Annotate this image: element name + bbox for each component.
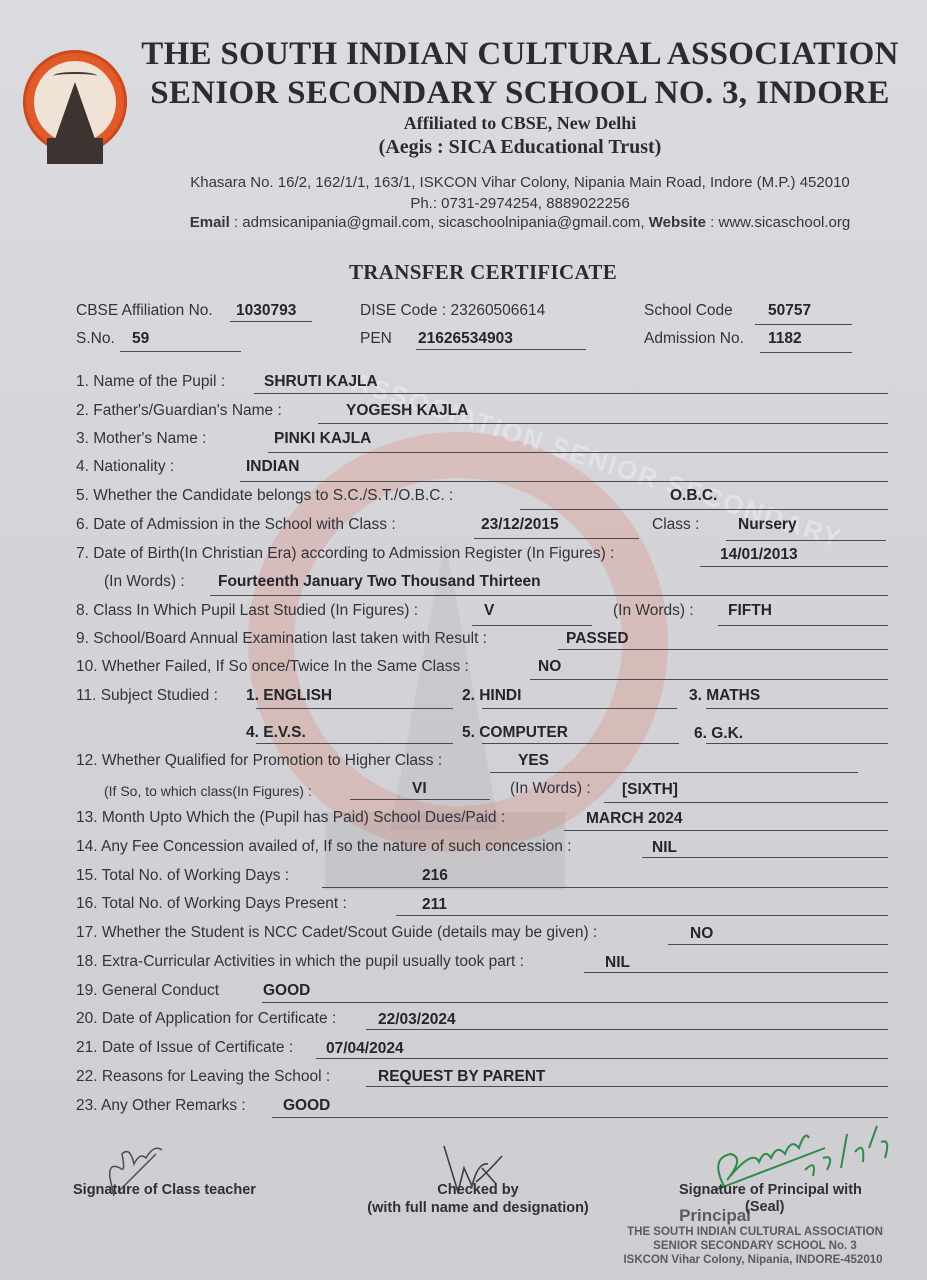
dues-value: MARCH 2024 — [586, 810, 682, 828]
underline — [210, 595, 888, 596]
website-value: : www.sicaschool.org — [706, 214, 850, 231]
underline — [564, 830, 888, 831]
underline — [760, 352, 852, 353]
email-value: : admsicanipania@gmail.com, sicaschoolni… — [230, 214, 649, 231]
mother-name-label: 3. Mother's Name : — [76, 430, 206, 448]
promotion-words-value: [SIXTH] — [622, 781, 678, 799]
mother-name-value: PINKI KAJLA — [274, 430, 371, 448]
underline — [316, 1058, 888, 1059]
sno-label: S.No. — [76, 330, 115, 348]
underline — [482, 743, 679, 744]
subject-4: 4. E.V.S. — [246, 724, 306, 742]
days-present-value: 211 — [422, 896, 447, 914]
class-teacher-signature-label: Signature of Class teacher — [73, 1182, 256, 1198]
underline — [584, 972, 888, 973]
leaving-reason-label: 22. Reasons for Leaving the School : — [76, 1068, 330, 1086]
extracurricular-label: 18. Extra-Curricular Activities in which… — [76, 953, 524, 971]
subjects-label: 11. Subject Studied : — [76, 687, 218, 705]
pupil-name-value: SHRUTI KAJLA — [264, 373, 378, 391]
underline — [322, 887, 888, 888]
pen-value: 21626534903 — [418, 330, 513, 348]
underline — [268, 452, 888, 453]
admission-class-label: Class : — [652, 516, 699, 534]
underline — [474, 538, 639, 539]
seal-label: (Seal) — [745, 1199, 785, 1215]
stamp-line3: ISKCON Vihar Colony, Nipania, INDORE-452… — [598, 1254, 908, 1266]
application-date-label: 20. Date of Application for Certificate … — [76, 1010, 336, 1028]
category-value: O.B.C. — [670, 487, 717, 505]
leaving-reason-value: REQUEST BY PARENT — [378, 1068, 545, 1086]
father-name-label: 2. Father's/Guardian's Name : — [76, 402, 282, 420]
working-days-value: 216 — [422, 867, 448, 885]
address: Khasara No. 16/2, 162/1/1, 163/1, ISKCON… — [120, 174, 920, 191]
exam-result-value: PASSED — [566, 630, 629, 648]
underline — [416, 349, 586, 350]
subject-2: 2. HINDI — [462, 687, 521, 705]
school-crest-temple-icon — [23, 50, 127, 154]
dob-words-value: Fourteenth January Two Thousand Thirteen — [218, 573, 541, 591]
promotion-words-label: (In Words) : — [510, 780, 591, 798]
promotion-class-value: VI — [412, 780, 427, 798]
contact-line: Email : admsicanipania@gmail.com, sicasc… — [120, 214, 920, 231]
underline — [700, 566, 888, 567]
underline — [668, 944, 888, 945]
subject-1: 1. ENGLISH — [246, 687, 332, 705]
promotion-label: 12. Whether Qualified for Promotion to H… — [76, 752, 442, 770]
underline — [482, 708, 677, 709]
underline — [604, 802, 888, 803]
underline — [120, 351, 241, 352]
sno-value: 59 — [132, 330, 149, 348]
underline — [254, 393, 888, 394]
concession-value: NIL — [652, 839, 677, 857]
ncc-value: NO — [690, 925, 713, 943]
cbse-affiliation-value: 1030793 — [236, 302, 296, 320]
last-class-value: V — [484, 602, 494, 620]
father-name-value: YOGESH KAJLA — [346, 402, 468, 420]
conduct-label: 19. General Conduct — [76, 982, 219, 1000]
subject-5: 5. COMPUTER — [462, 724, 568, 742]
underline — [706, 743, 888, 744]
school-code-label: School Code — [644, 302, 733, 320]
dob-words-label: (In Words) : — [104, 573, 185, 591]
remarks-value: GOOD — [283, 1097, 330, 1115]
nationality-value: INDIAN — [246, 458, 299, 476]
subject-3: 3. MATHS — [689, 687, 760, 705]
underline — [230, 321, 312, 322]
document-title: TRANSFER CERTIFICATE — [0, 260, 927, 285]
last-class-label: 8. Class In Which Pupil Last Studied (In… — [76, 602, 418, 620]
dues-label: 13. Month Upto Which the (Pupil has Paid… — [76, 809, 505, 827]
dob-value: 14/01/2013 — [720, 546, 798, 564]
stamp-line1: THE SOUTH INDIAN CULTURAL ASSOCIATION — [600, 1226, 910, 1238]
subject-6: 6. G.K. — [694, 725, 743, 743]
underline — [706, 708, 888, 709]
dise-code: DISE Code : 23260506614 — [360, 302, 545, 320]
remarks-label: 23. Any Other Remarks : — [76, 1097, 246, 1115]
admission-date-value: 23/12/2015 — [481, 516, 559, 534]
underline — [350, 799, 490, 800]
category-label: 5. Whether the Candidate belongs to S.C.… — [76, 487, 453, 505]
extracurricular-value: NIL — [605, 954, 630, 972]
nationality-label: 4. Nationality : — [76, 458, 174, 476]
failed-label: 10. Whether Failed, If So once/Twice In … — [76, 658, 469, 676]
last-class-words-value: FIFTH — [728, 602, 772, 620]
underline — [530, 679, 888, 680]
working-days-label: 15. Total No. of Working Days : — [76, 867, 289, 885]
pupil-name-label: 1. Name of the Pupil : — [76, 373, 225, 391]
aegis: (Aegis : SICA Educational Trust) — [140, 136, 900, 159]
underline — [240, 481, 888, 482]
admission-date-label: 6. Date of Admission in the School with … — [76, 516, 396, 534]
underline — [472, 625, 592, 626]
underline — [366, 1029, 888, 1030]
cbse-affiliation-label: CBSE Affiliation No. — [76, 302, 213, 320]
underline — [642, 857, 888, 858]
checked-by-label: Checked by — [358, 1182, 598, 1198]
promotion-value: YES — [518, 752, 549, 770]
admission-class-value: Nursery — [738, 516, 797, 534]
principal-stamp-title: Principal — [560, 1206, 870, 1226]
dob-label: 7. Date of Birth(In Christian Era) accor… — [76, 545, 614, 563]
school-name-line1: THE SOUTH INDIAN CULTURAL ASSOCIATION — [140, 36, 900, 73]
concession-label: 14. Any Fee Concession availed of, If so… — [76, 838, 571, 856]
failed-value: NO — [538, 658, 561, 676]
underline — [256, 743, 453, 744]
school-code-value: 50757 — [768, 302, 811, 320]
principal-signature-label: Signature of Principal with — [679, 1182, 862, 1198]
promotion-class-label: (If So, to which class(In Figures) : — [104, 782, 312, 800]
days-present-label: 16. Total No. of Working Days Present : — [76, 895, 347, 913]
admission-no-label: Admission No. — [644, 330, 744, 348]
website-label: Website — [649, 214, 706, 231]
application-date-value: 22/03/2024 — [378, 1011, 456, 1029]
underline — [256, 708, 453, 709]
underline — [558, 649, 888, 650]
admission-no-value: 1182 — [768, 330, 802, 348]
stamp-line2: SENIOR SECONDARY SCHOOL No. 3 — [600, 1240, 910, 1252]
certificate-page: ASSOCIATION SENIOR SECONDARY THE SOUTH I… — [0, 0, 927, 1280]
underline — [490, 772, 858, 773]
underline — [520, 509, 888, 510]
underline — [755, 324, 852, 325]
issue-date-value: 07/04/2024 — [326, 1040, 404, 1058]
exam-result-label: 9. School/Board Annual Examination last … — [76, 630, 487, 648]
ncc-label: 17. Whether the Student is NCC Cadet/Sco… — [76, 924, 597, 942]
underline — [262, 1002, 888, 1003]
underline — [726, 540, 886, 541]
underline — [396, 915, 888, 916]
underline — [718, 625, 888, 626]
school-name-line2: SENIOR SECONDARY SCHOOL NO. 3, INDORE — [140, 75, 900, 112]
issue-date-label: 21. Date of Issue of Certificate : — [76, 1039, 293, 1057]
pen-label: PEN — [360, 330, 392, 348]
conduct-value: GOOD — [263, 982, 310, 1000]
underline — [366, 1086, 888, 1087]
affiliation: Affiliated to CBSE, New Delhi — [140, 113, 900, 134]
last-class-words-label: (In Words) : — [613, 602, 694, 620]
phone: Ph.: 0731-2974254, 8889022256 — [120, 195, 920, 212]
underline — [318, 423, 888, 424]
email-label: Email — [190, 214, 230, 231]
